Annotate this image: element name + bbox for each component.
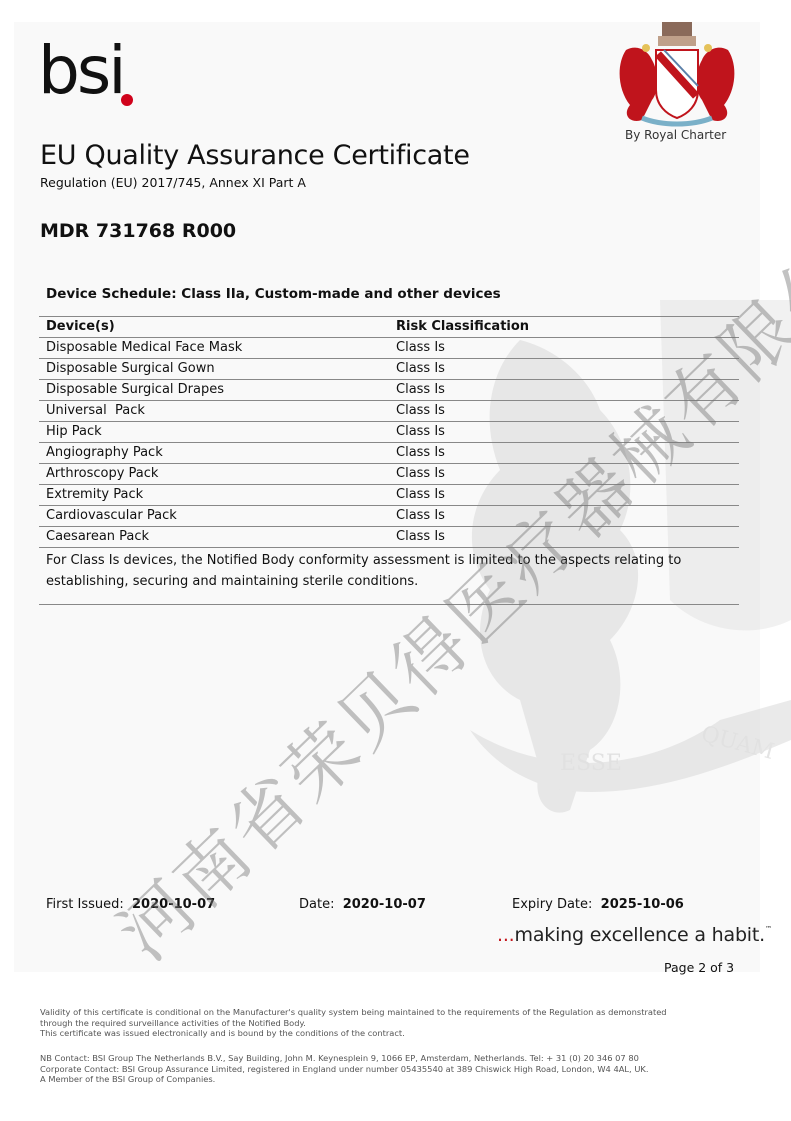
validity-line: through the required surveillance activi… (40, 1018, 760, 1029)
certificate-title: EU Quality Assurance Certificate (40, 140, 470, 171)
validity-line: Validity of this certificate is conditio… (40, 1007, 760, 1018)
device-schedule-title: Device Schedule: Class IIa, Custom-made … (46, 286, 501, 302)
risk-classification: Class Is (396, 443, 739, 463)
expiry-date-value: 2025-10-06 (601, 897, 684, 912)
table-row: Angiography PackClass Is (39, 442, 739, 463)
table-row: Extremity PackClass Is (39, 484, 739, 505)
device-name: Disposable Medical Face Mask (39, 338, 396, 358)
issue-date: Date: 2020-10-07 (299, 897, 426, 912)
risk-classification: Class Is (396, 527, 739, 547)
risk-classification: Class Is (396, 401, 739, 421)
corporate-contact-line: Corporate Contact: BSI Group Assurance L… (40, 1064, 760, 1075)
validity-statement: Validity of this certificate is conditio… (40, 1007, 760, 1039)
risk-classification: Class Is (396, 359, 739, 379)
bsi-logo-dot (121, 94, 133, 106)
table-row: Disposable Medical Face MaskClass Is (39, 337, 739, 358)
risk-classification: Class Is (396, 485, 739, 505)
royal-charter-label: By Royal Charter (625, 128, 726, 142)
device-name: Arthroscopy Pack (39, 464, 396, 484)
slogan-dots: ... (497, 924, 515, 946)
validity-line: This certificate was issued electronical… (40, 1028, 760, 1039)
date-label: Date: (299, 897, 334, 912)
column-header-devices: Device(s) (39, 317, 396, 337)
device-name: Extremity Pack (39, 485, 396, 505)
trademark-mark: ™ (765, 925, 772, 933)
device-name: Disposable Surgical Drapes (39, 380, 396, 400)
expiry-date: Expiry Date: 2025-10-06 (512, 897, 684, 912)
table-row: Universal PackClass Is (39, 400, 739, 421)
risk-classification: Class Is (396, 464, 739, 484)
royal-crest-icon (612, 20, 742, 128)
regulation-subtitle: Regulation (EU) 2017/745, Annex XI Part … (40, 175, 306, 190)
device-name: Angiography Pack (39, 443, 396, 463)
table-row: Cardiovascular PackClass Is (39, 505, 739, 526)
first-issued-label: First Issued: (46, 897, 124, 912)
device-schedule-table: Device(s) Risk Classification Disposable… (39, 316, 739, 605)
table-row: Disposable Surgical DrapesClass Is (39, 379, 739, 400)
device-name: Cardiovascular Pack (39, 506, 396, 526)
bsi-logo: bsi (38, 38, 124, 104)
risk-classification: Class Is (396, 506, 739, 526)
table-end-divider (39, 604, 739, 605)
column-header-risk-classification: Risk Classification (396, 317, 739, 337)
expiry-date-label: Expiry Date: (512, 897, 592, 912)
contact-details: NB Contact: BSI Group The Netherlands B.… (40, 1053, 760, 1085)
table-header-row: Device(s) Risk Classification (39, 316, 739, 337)
bsi-slogan: ...making excellence a habit.™ (497, 924, 772, 946)
table-row: Disposable Surgical GownClass Is (39, 358, 739, 379)
risk-classification: Class Is (396, 338, 739, 358)
risk-classification: Class Is (396, 380, 739, 400)
device-name: Universal Pack (39, 401, 396, 421)
first-issued-value: 2020-10-07 (132, 897, 215, 912)
table-row: Caesarean PackClass Is (39, 526, 739, 547)
date-value: 2020-10-07 (343, 897, 426, 912)
nb-contact-line: NB Contact: BSI Group The Netherlands B.… (40, 1053, 760, 1064)
svg-text:ESSE: ESSE (560, 751, 622, 776)
risk-classification: Class Is (396, 422, 739, 442)
slogan-text: making excellence a habit. (515, 924, 765, 946)
first-issued: First Issued: 2020-10-07 (46, 897, 215, 912)
table-row: Hip PackClass Is (39, 421, 739, 442)
certificate-number: MDR 731768 R000 (40, 220, 236, 242)
group-member-line: A Member of the BSI Group of Companies. (40, 1074, 760, 1085)
class-is-note: For Class Is devices, the Notified Body … (39, 547, 739, 604)
device-name: Disposable Surgical Gown (39, 359, 396, 379)
page-number: Page 2 of 3 (664, 960, 734, 975)
device-name: Caesarean Pack (39, 527, 396, 547)
device-name: Hip Pack (39, 422, 396, 442)
table-row: Arthroscopy PackClass Is (39, 463, 739, 484)
